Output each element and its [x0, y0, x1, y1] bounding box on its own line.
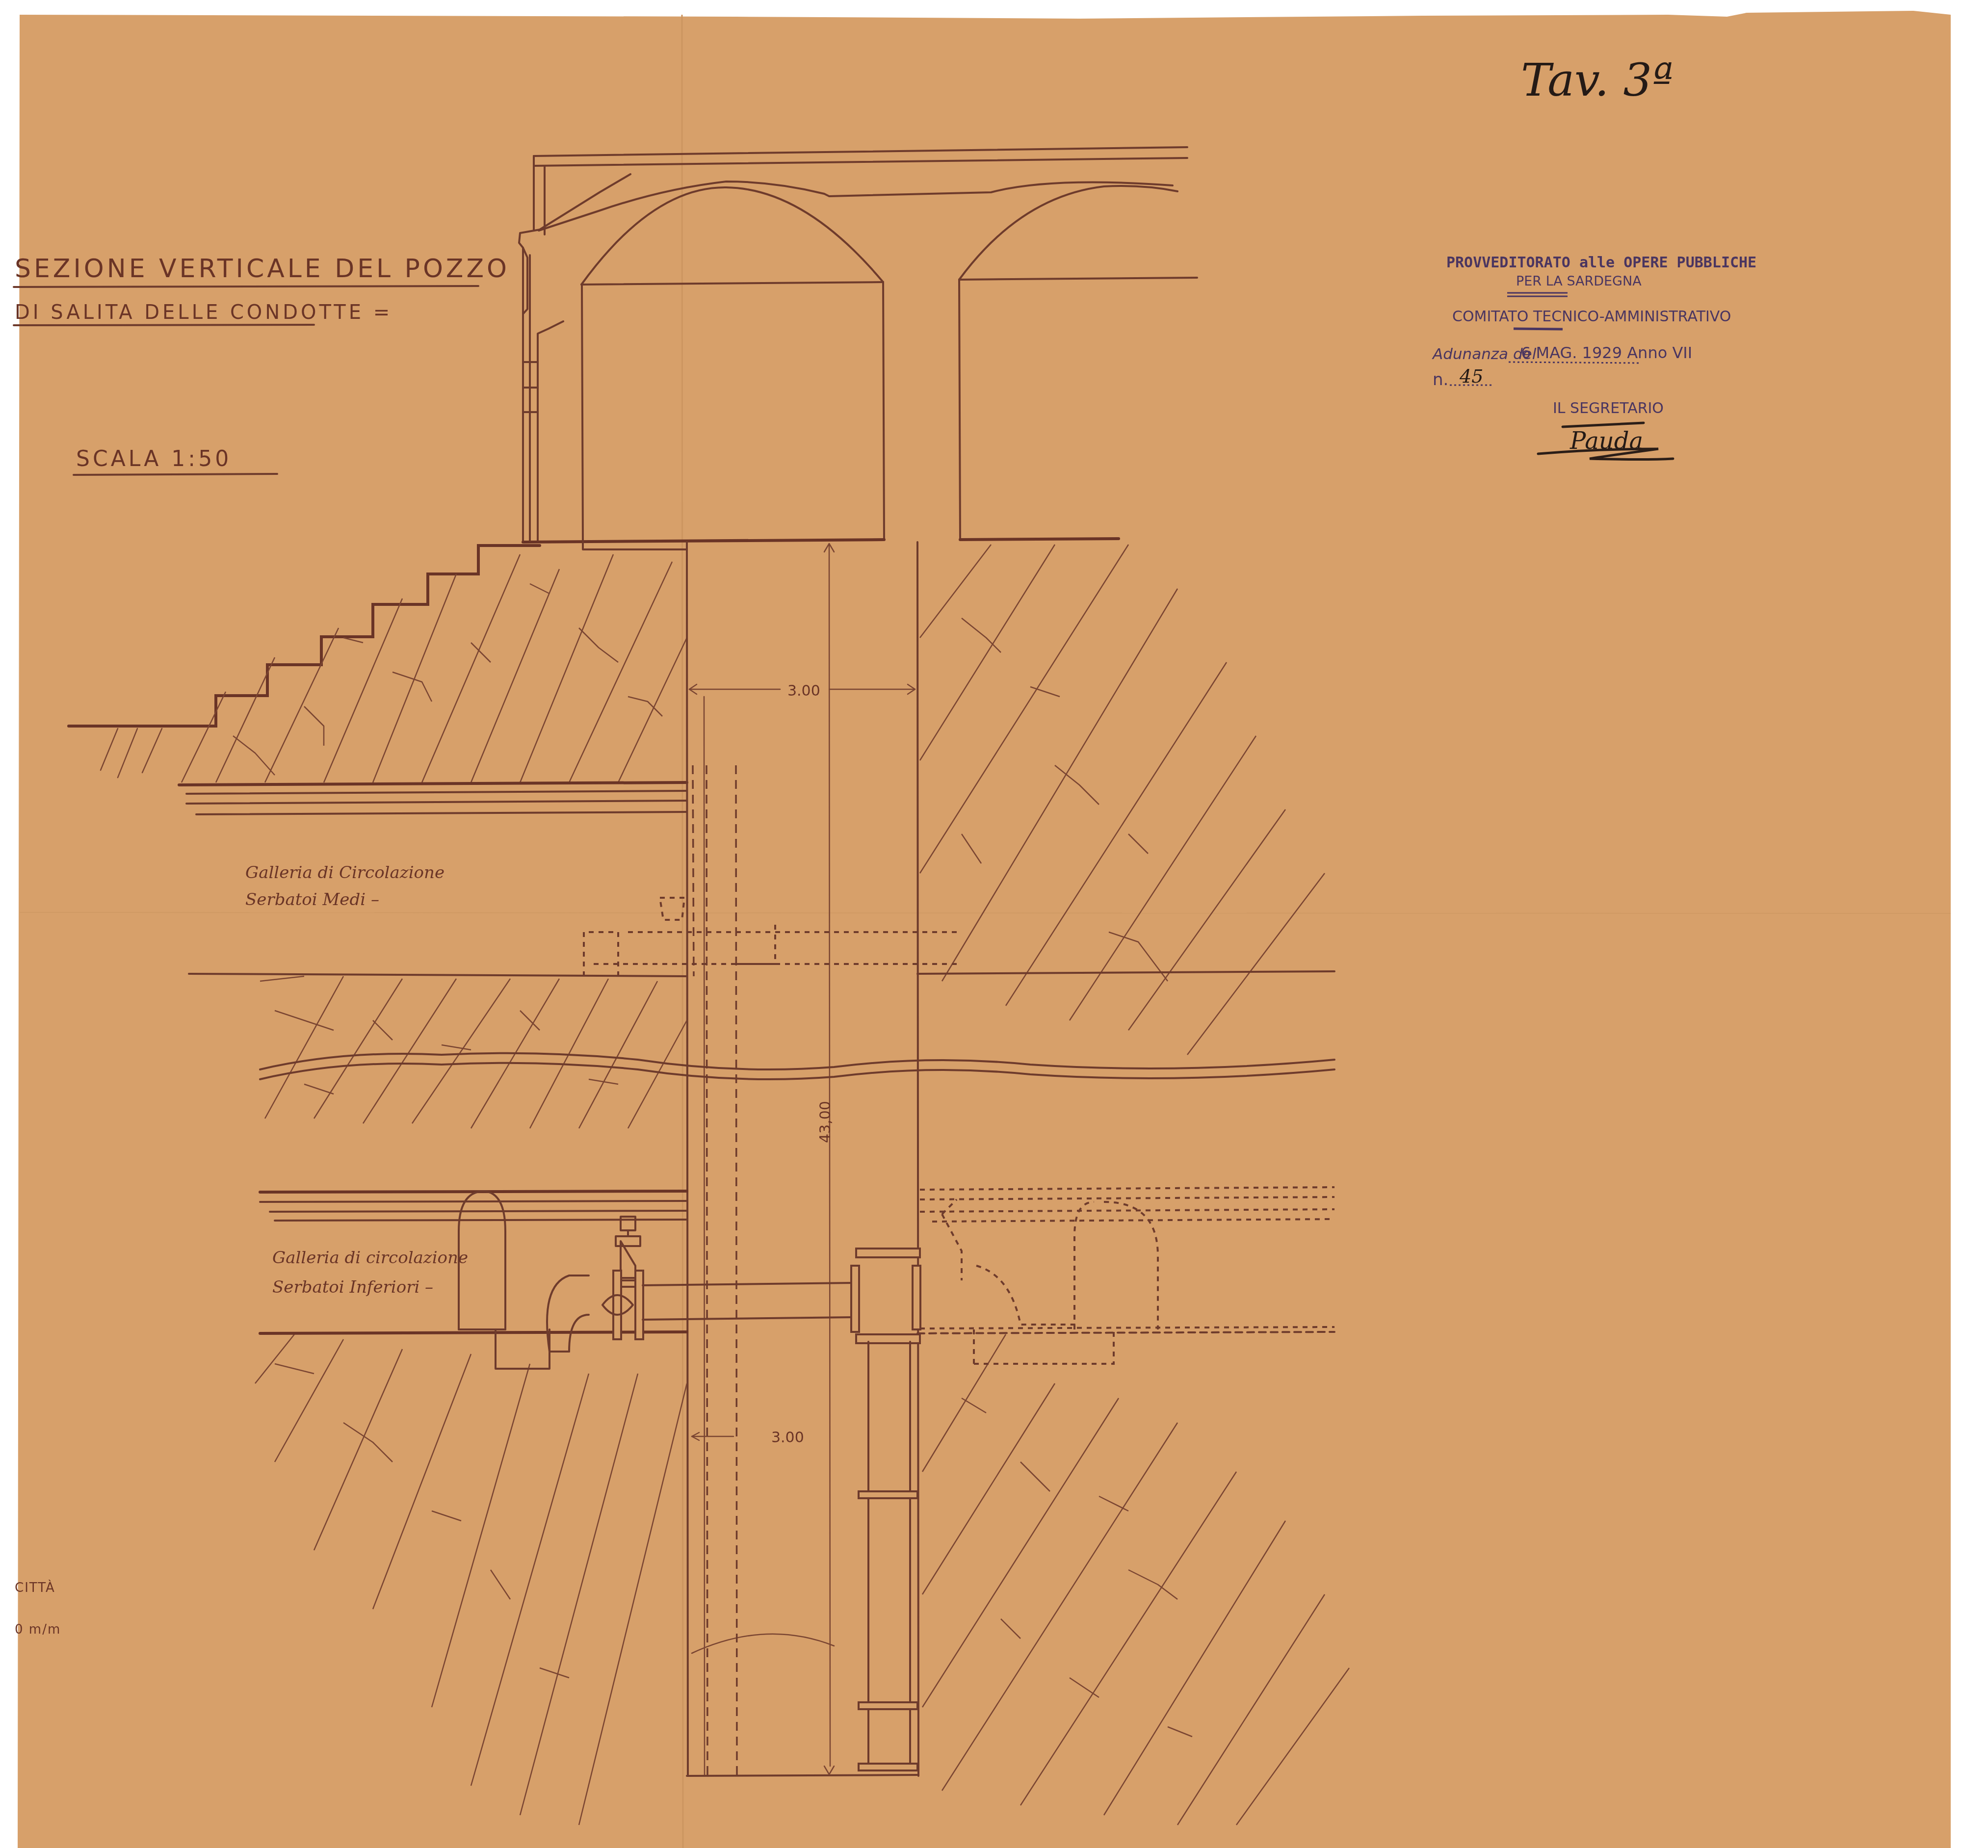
gallery-lower-label-2: Serbatoi Inferiori – — [272, 1277, 433, 1297]
stamp-committee: COMITATO TECNICO-AMMINISTRATIVO — [1452, 308, 1731, 325]
stamp-authority: PROVVEDITORATO alle OPERE PUBBLICHE — [1446, 254, 1756, 271]
drawing-title-line1: SEZIONE VERTICALE DEL POZZO — [15, 254, 510, 284]
margin-note-fraction: 0 m/m — [15, 1622, 61, 1637]
dimension-top-width: 3.00 — [787, 682, 820, 700]
plate-number: Tav. 3ª — [1521, 54, 1674, 106]
scale-label: SCALA 1:50 — [76, 446, 232, 471]
scale-underline — [74, 474, 277, 475]
gallery-middle-label-2: Serbatoi Medi – — [245, 890, 379, 910]
dimension-shaft-depth: 43,00 — [817, 1101, 834, 1143]
stamp-number-label: n. — [1433, 370, 1448, 390]
gallery-middle-label-1: Galleria di Circolazione — [245, 863, 445, 883]
technical-drawing-sheet: Tav. 3ª SEZIONE VERTICALE DEL POZZO DI S… — [0, 0, 1988, 1848]
stamp-number-value: 45 — [1459, 365, 1483, 387]
drawing-title-line2: DI SALITA DELLE CONDOTTE = — [15, 301, 392, 324]
fold-line — [682, 15, 683, 1848]
gallery-lower-label-1: Galleria di circolazione — [272, 1248, 468, 1268]
stamp-meeting-date: 6 MAG. 1929 Anno VII — [1521, 343, 1692, 362]
title-underline — [14, 286, 478, 287]
stamp-secretary-label: IL SEGRETARIO — [1553, 400, 1664, 417]
margin-note-citta: CITTÀ — [15, 1580, 55, 1595]
stamp-region: PER LA SARDEGNA — [1516, 274, 1642, 289]
title-underline — [14, 325, 314, 325]
dimension-bottom-width: 3.00 — [771, 1429, 804, 1446]
